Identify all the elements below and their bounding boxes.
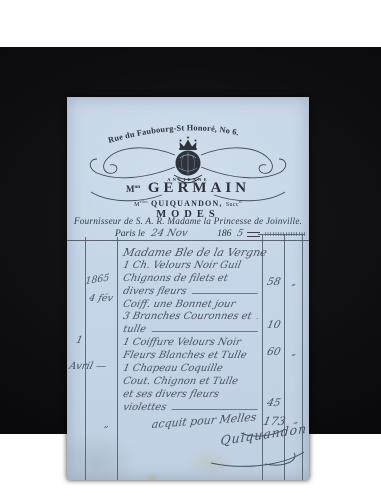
ledger-row: 1 Ch. Velours Noir Guil — [122, 260, 262, 271]
successor-title: Succ — [226, 202, 239, 208]
ledger-row: Coiff. une Bonnet jour — [122, 299, 262, 310]
amount-francs: 45 — [262, 397, 286, 409]
ledger-row: 1 Coiffure Velours Noir — [122, 337, 262, 348]
amount-francs: 58 — [262, 276, 286, 288]
dateline-city-printed: Paris le — [115, 229, 145, 239]
dateline-year-handwritten: 5 — [236, 228, 244, 239]
column-rule-right — [302, 234, 303, 480]
margin-note-ditto: „ — [103, 419, 110, 430]
row-fill-stroke — [272, 250, 273, 256]
margin-note-month: Avril — — [68, 361, 107, 372]
ledger-row: 1 Chapeau Coquille — [122, 363, 262, 374]
ledger-row: Cout. Chignon et Tulle — [122, 376, 262, 387]
ledger-row: et ses divers fleurs — [122, 389, 262, 400]
melles-abbrev-sup: elles — [140, 200, 148, 204]
row-fill-stroke — [172, 404, 259, 410]
successor-title-sup: rs — [239, 200, 242, 204]
brand-name-line: Mon GERMAIN — [67, 180, 309, 197]
margin-note-year: 1865 — [85, 272, 110, 287]
ledger-row: divers fleurs — [122, 286, 262, 297]
successor-line: Melles QUIQUANDON, Succrs — [67, 199, 309, 208]
photo-backdrop: Rue du Faubourg-St Honoré, No 6. — [0, 47, 381, 434]
row-fill-stroke — [151, 326, 258, 332]
column-rule-margin-left — [85, 237, 86, 480]
page: { "colors": { "photo_bg": "#0a0a0b", "pa… — [0, 0, 381, 492]
column-rule-date — [117, 237, 118, 480]
column-rule-centimes — [284, 234, 285, 480]
orb-medallion-icon — [176, 151, 201, 176]
ledger-row: Madame Ble de la Vergne — [122, 246, 263, 259]
successor-name: QUIQUANDON, — [151, 199, 223, 208]
amount-francs: 60 — [262, 346, 286, 358]
dateline-year-printed: 186 — [217, 229, 231, 239]
signature-flourish — [207, 449, 309, 471]
ledger-row: Chignons de filets et — [122, 273, 262, 284]
dateline-day-month-handwritten: 24 Nov — [150, 228, 189, 239]
brand-germain: GERMAIN — [148, 180, 250, 196]
ledger-row: 3 Branches Couronnes et — [122, 311, 262, 322]
margin-note-qty: 1 — [75, 335, 84, 346]
row-fill-stroke — [257, 313, 259, 319]
fine-print-underline — [258, 234, 305, 235]
ledger-row: tulle — [122, 324, 262, 335]
ledger-row: Fleurs Blanches et Tulle — [122, 350, 262, 361]
table-top-rule — [67, 240, 309, 241]
row-fill-stroke — [192, 288, 259, 294]
margin-note-date: 4 fév — [88, 293, 114, 304]
amount-centimes: „ — [286, 348, 302, 358]
royal-warrant-tagline: Fournisseur de S. A. R. Madame la Prince… — [67, 217, 309, 227]
maison-abbrev-sup: on — [134, 184, 140, 190]
invoice-paper: Rue du Faubourg-St Honoré, No 6. — [67, 97, 309, 480]
amount-centimes: „ — [286, 278, 302, 288]
amount-francs: 10 — [262, 319, 286, 331]
crown-icon — [179, 137, 197, 151]
address-arc-text: Rue du Faubourg-St Honoré, No 6. — [107, 123, 240, 145]
